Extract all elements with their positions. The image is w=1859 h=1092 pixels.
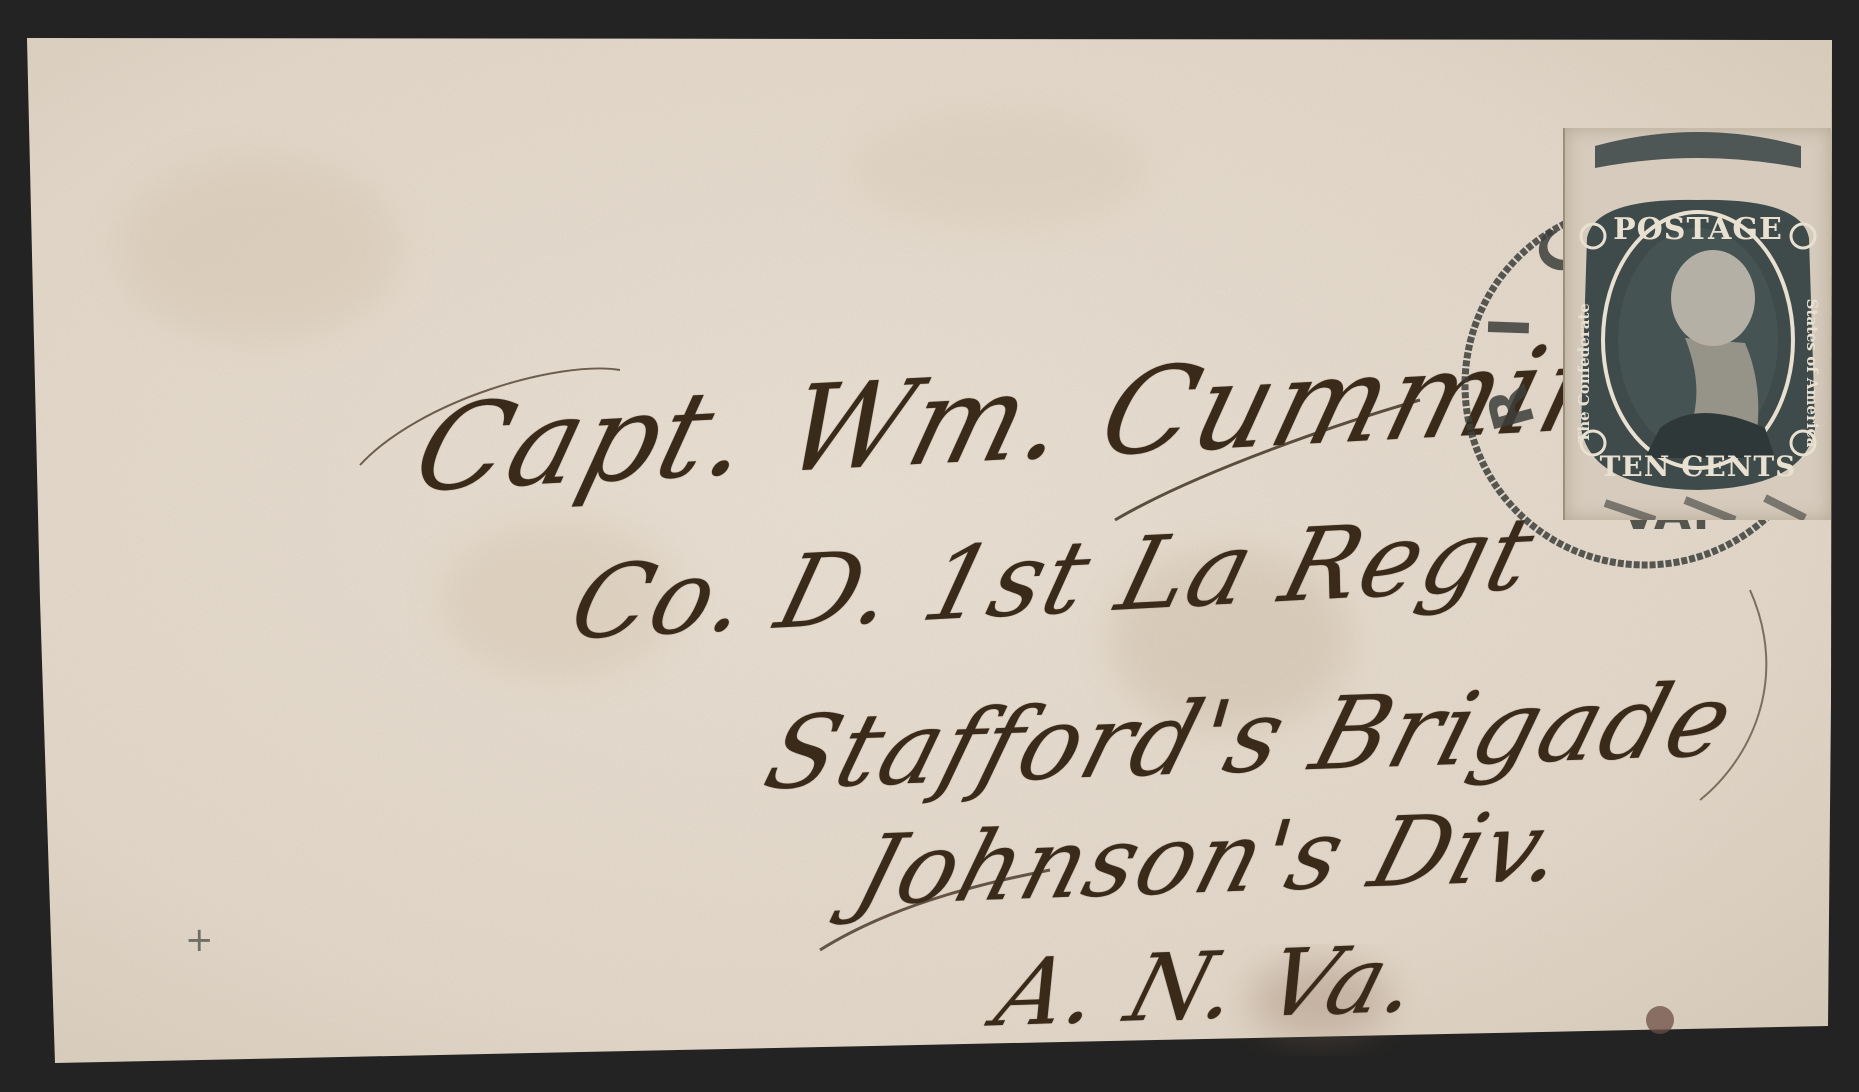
stamp-bottom-label: TEN CENTS — [1565, 450, 1831, 483]
postmark-letter: I — [1478, 316, 1544, 339]
stamp-right-label: States of America — [1803, 288, 1821, 458]
stamp-top-label: POSTAGE — [1565, 212, 1831, 247]
address-line-army: A. N. Va. — [984, 925, 1433, 1048]
stamp-left-label: The Confederate — [1575, 288, 1593, 458]
pencil-mark: + — [185, 920, 214, 960]
postage-stamp: POSTAGE TEN CENTS The Confederate States… — [1563, 128, 1831, 520]
photo-stage: Capt. Wm. Cummings Co. D. 1st La Regt St… — [0, 0, 1859, 1092]
